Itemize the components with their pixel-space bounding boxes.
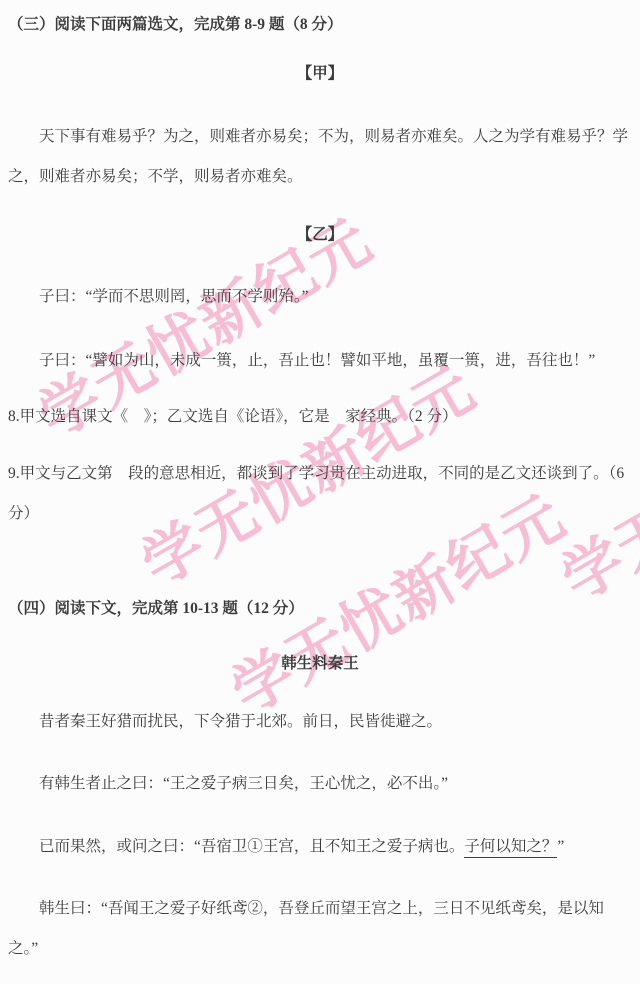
passage-paragraph-2: 有韩生者止之曰：“王之爱子病三日矣，王心忧之，必不出。” [8,764,632,804]
passage-title: 韩生料秦王 [8,644,632,684]
document-page: { "page": { "background": "#fcfcfc", "te… [0,0,640,984]
question-9-line-2: 分） [8,494,632,534]
paragraph-3-text: 已而果然，或问之曰：“吾宿卫①王宫，且不知王之爱子病也。 [39,838,464,855]
passage-yi-quote-1: 子曰：“学而不思则罔，思而不学则殆。” [8,277,632,317]
paragraph-3-closing-quote: ” [557,838,564,855]
underlined-phrase: 子何以知之？ [464,838,557,858]
passage-yi-quote-2: 子曰：“譬如为山，未成一篑，止，吾止也！譬如平地，虽覆一篑，进，吾往也！” [8,341,632,381]
exam-document: （三）阅读下面两篇选文，完成第 8-9 题（8 分） 【甲】 天下事有难易乎？为… [0,0,640,969]
passage-yi-label: 【乙】 [8,215,632,255]
question-8: 8.甲文选自课文《 》；乙文选自《论语》，它是 家经典。（2 分） [8,397,632,437]
passage-jia-line-2: 之，则难者亦易矣；不学，则易者亦难矣。 [8,157,632,197]
section4-heading: （四）阅读下文，完成第 10-13 题（12 分） [8,589,632,629]
passage-paragraph-3: 已而果然，或问之曰：“吾宿卫①王宫，且不知王之爱子病也。子何以知之？” [8,827,632,867]
passage-paragraph-4: 韩生曰：“吾闻王之爱子好纸鸢②，吾登丘而望王宫之上，三日不见纸鸢矣，是以知之。” [8,889,632,969]
question-9-line-1: 9.甲文与乙文第 段的意思相近，都谈到了学习贵在主动进取，不同的是乙文还谈到了。… [8,454,632,494]
section3-heading: （三）阅读下面两篇选文，完成第 8-9 题（8 分） [8,5,632,45]
passage-jia-label: 【甲】 [8,54,632,94]
passage-jia-line-1: 天下事有难易乎？为之，则难者亦易矣；不为，则易者亦难矣。人之为学有难易乎？学 [8,117,632,157]
passage-paragraph-1: 昔者秦王好猎而扰民，下令猎于北郊。前日，民皆徙避之。 [8,702,632,742]
